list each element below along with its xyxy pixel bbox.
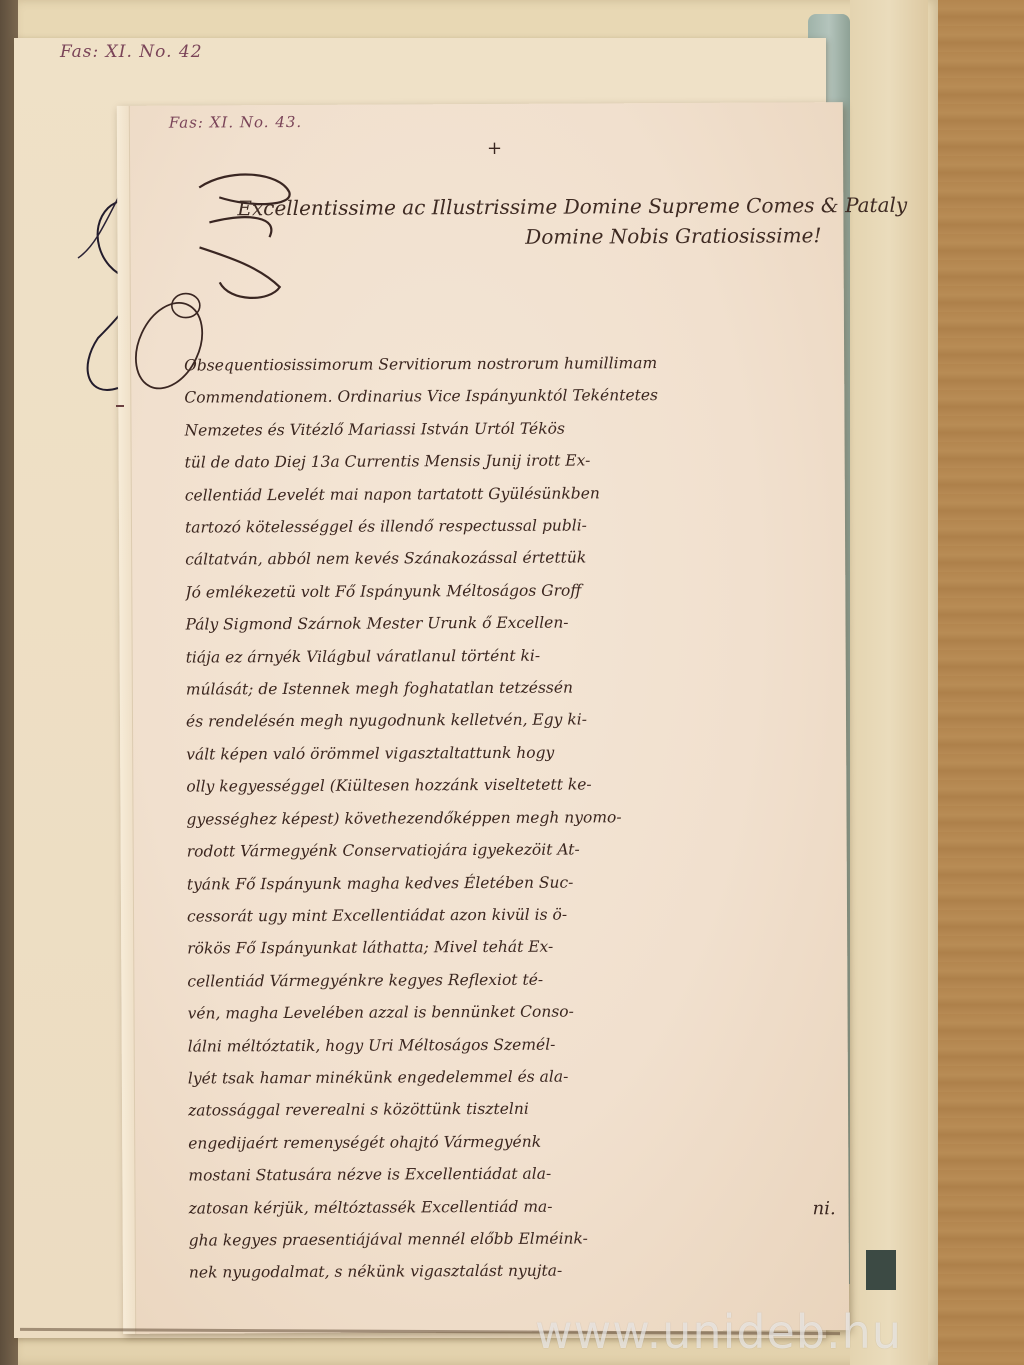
margin-tick <box>116 405 124 407</box>
letter-body: Obsequentiosissimorum Servitiorum nostro… <box>184 346 841 1289</box>
body-line: lyét tsak hamar minékünk engedelemmel és… <box>188 1059 840 1095</box>
body-line: Commendationem. Ordinarius Vice Ispányun… <box>184 379 836 415</box>
body-line: tartozó kötelességgel és illendő respect… <box>185 508 837 544</box>
body-line: Jó emlékezetü volt Fő Ispányunk Méltoság… <box>185 573 837 609</box>
body-line: gyességhez képest) követhezendőképpen me… <box>186 800 838 836</box>
cross-mark: + <box>487 138 502 159</box>
body-line: Pály Sigmond Szárnok Mester Urunk ő Exce… <box>185 605 837 641</box>
salutation-line-2: Domine Nobis Gratiosissime! <box>237 220 827 253</box>
body-line: cessorát ugy mint Excellentiádat azon ki… <box>187 897 839 933</box>
body-line: Obsequentiosissimorum Servitiorum nostro… <box>184 346 836 382</box>
body-line: mostani Statusára nézve is Excellentiáda… <box>188 1156 840 1192</box>
wood-table-right <box>925 0 1024 1365</box>
body-line: zatossággal reverealni s közöttünk tiszt… <box>188 1091 840 1127</box>
body-line: rodott Vármegyénk Conservatiojára igyeke… <box>187 832 839 868</box>
body-line: gha kegyes praesentiájával mennél előbb … <box>189 1221 841 1257</box>
body-line: zatosan kérjük, méltóztassék Excellentiá… <box>188 1189 840 1225</box>
body-line: nek nyugodalmat, s nékünk vigasztalást n… <box>189 1254 841 1290</box>
body-line: lálni méltóztatik, hogy Uri Méltoságos S… <box>188 1027 840 1063</box>
salutation: Excellentissime ac Illustrissime Domine … <box>237 190 827 253</box>
body-line: olly kegyességgel (Kiültesen hozzánk vis… <box>186 767 838 803</box>
body-line: engedijaért remenységét ohajtó Vármegyén… <box>188 1124 840 1160</box>
watermark: www.unideb.hu <box>535 1305 902 1359</box>
archive-label-back: Fas: XI. No. 42 <box>60 42 203 62</box>
letter-no-43: Fas: XI. No. 43. + Excellentissime ac Il… <box>117 102 849 1334</box>
body-line: vált képen való örömmel vigasztaltattunk… <box>186 735 838 771</box>
body-line: Nemzetes és Vitézlő Mariassi István Urtó… <box>184 411 836 447</box>
dark-divider-tab <box>866 1250 896 1290</box>
body-line: cáltatván, abból nem kevés Szánakozással… <box>185 541 837 577</box>
closing-mark: ni. <box>813 1198 836 1219</box>
body-line: rökös Fő Ispányunkat láthatta; Mivel teh… <box>187 929 839 965</box>
body-line: múlását; de Istennek megh foghatatlan te… <box>186 670 838 706</box>
body-line: cellentiád Vármegyénkre kegyes Reflexiot… <box>187 962 839 998</box>
body-line: és rendelésén megh nyugodnunk kelletvén,… <box>186 703 838 739</box>
body-line: tyánk Fő Ispányunk magha kedves Életében… <box>187 865 839 901</box>
salutation-line-1: Excellentissime ac Illustrissime Domine … <box>237 190 827 223</box>
body-line: vén, magha Levelében azzal is bennünket … <box>187 994 839 1030</box>
body-line: tiája ez árnyék Világbul váratlanul tört… <box>186 638 838 674</box>
body-line: tül de dato Diej 13a Currentis Mensis Ju… <box>185 443 837 479</box>
body-line: cellentiád Levelét mai napon tartatott G… <box>185 476 837 512</box>
archive-label-front: Fas: XI. No. 43. <box>169 113 302 132</box>
